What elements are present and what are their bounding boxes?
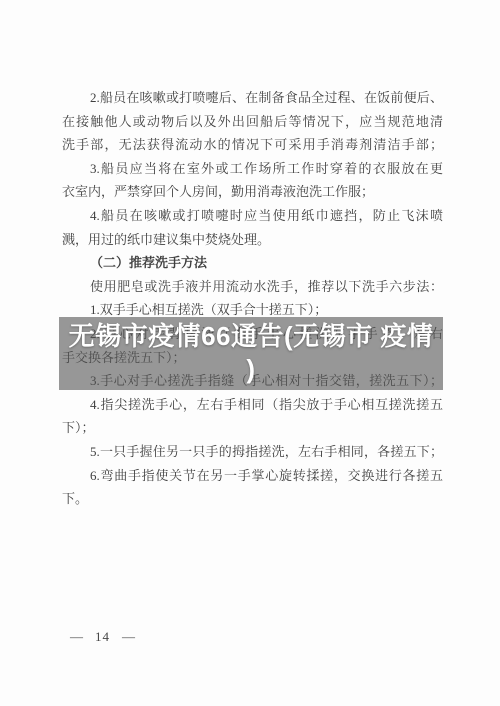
watermark-title-line1: 无锡市疫情66通告(无锡市 疫情: [69, 321, 434, 352]
doc-section-heading: （二）推荐洗手方法: [62, 251, 443, 275]
page-number: 14: [95, 629, 110, 645]
doc-line: 5.一只手握住另一只手的拇指搓洗，左右手相同，各搓五下；: [62, 440, 443, 464]
doc-line: 6.弯曲手指使关节在另一手掌心旋转揉搓，交换进行各搓五: [62, 464, 443, 488]
doc-line: 下。: [62, 487, 443, 511]
doc-line: 2.船员在咳嗽或打喷嚏后、在制备食品全过程、在饭前便后、: [62, 86, 443, 110]
page-number-footer: — 14 —: [70, 629, 135, 645]
doc-line: 4.船员在咳嗽或打喷嚏时应当使用纸巾遮挡，防止飞沫喷: [62, 204, 443, 228]
watermark-title-line2: ): [246, 352, 255, 386]
doc-line: 3.船员应当将在室外或工作场所工作时穿着的衣服放在更: [62, 157, 443, 181]
doc-line: 洗手部，无法获得流动水的情况下可采用手消毒剂清洁手部；: [62, 133, 443, 157]
document-page: 2.船员在咳嗽或打喷嚏后、在制备食品全过程、在饭前便后、 在接触他人或动物后以及…: [0, 0, 500, 706]
doc-line: 下）；: [62, 416, 443, 440]
watermark-banner: 无锡市疫情66通告(无锡市 疫情 ): [59, 317, 443, 390]
footer-left-dash: —: [70, 629, 83, 645]
doc-line: 衣室内，严禁穿回个人房间，勤用消毒液泡洗工作服；: [62, 180, 443, 204]
footer-right-dash: —: [122, 629, 135, 645]
doc-line: 4.指尖搓洗手心，左右手相同（指尖放于手心相互搓洗搓五: [62, 393, 443, 417]
doc-line: 使用肥皂或洗手液并用流动水洗手，推荐以下洗手六步法：: [62, 275, 443, 299]
doc-line: 溅，用过的纸巾建议集中焚烧处理。: [62, 228, 443, 252]
doc-line: 在接触他人或动物后以及外出回船后等情况下，应当规范地清: [62, 110, 443, 134]
document-body: 2.船员在咳嗽或打喷嚏后、在制备食品全过程、在饭前便后、 在接触他人或动物后以及…: [62, 86, 443, 511]
